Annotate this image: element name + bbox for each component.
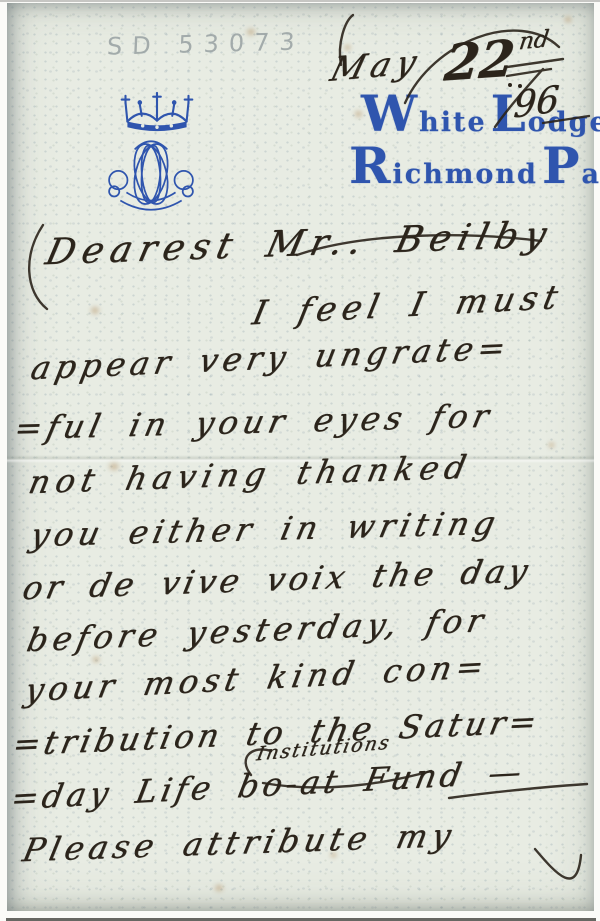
letterhead-word-white: White — [361, 97, 487, 138]
letter-line: =ful in your eyes for — [11, 398, 497, 446]
interlaced-monogram-icon — [87, 129, 215, 221]
letterhead-word-richmond: Richmond — [349, 149, 538, 190]
date-day: 22 — [442, 28, 518, 92]
fox-spot — [547, 441, 556, 449]
letter-line: you either in writing — [27, 506, 503, 554]
letter-line: appear very ungrate= — [28, 330, 514, 386]
fox-spot — [213, 883, 225, 893]
fox-spot — [563, 15, 573, 24]
date-month: May — [326, 41, 427, 89]
royal-crest — [85, 91, 225, 221]
fox-spot — [89, 305, 101, 316]
letter-line: Please attribute my — [19, 818, 458, 869]
scanned-letter: SD 53073 May 22 nd 96 — [0, 0, 600, 921]
letter-salutation: Dearest Mr.. Beilby — [42, 215, 557, 273]
letter-line: I feel I must — [249, 279, 566, 332]
letter-paper: SD 53073 May 22 nd 96 — [7, 3, 594, 911]
catalog-number: SD 53073 — [106, 27, 305, 60]
date-ordinal: nd — [517, 26, 550, 56]
letterhead-line2: RichmondPark. — [349, 149, 600, 190]
letterhead-line1: WhiteLodge, — [361, 97, 600, 138]
coronet-icon — [109, 91, 205, 133]
letterhead-word-lodge: Lodge, — [491, 97, 600, 138]
scan-top-edge — [0, 0, 600, 2]
letterhead-word-park: Park. — [542, 149, 600, 190]
letter-line: or de vive voix the day — [19, 553, 534, 606]
